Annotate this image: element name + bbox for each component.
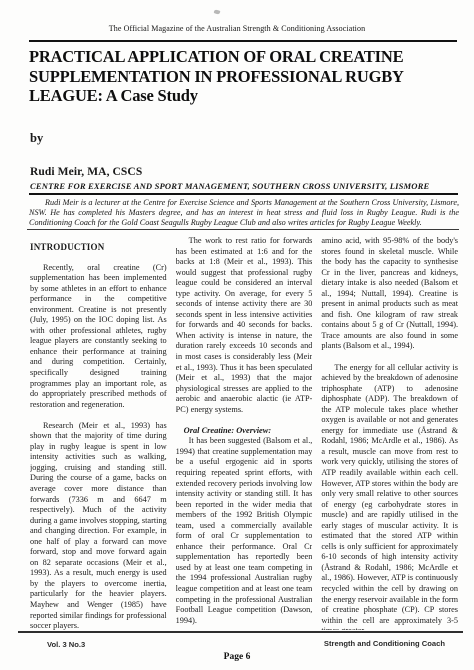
scan-artifact	[214, 9, 221, 15]
magazine-header-line: The Official Magazine of the Australian …	[0, 24, 474, 33]
introduction-heading: INTRODUCTION	[30, 242, 167, 253]
header-rule	[29, 40, 457, 42]
scanned-article-page: The Official Magazine of the Australian …	[0, 0, 474, 670]
col3-paragraph-2: The energy for all cellular activity is …	[321, 363, 458, 630]
body-top-rule	[27, 229, 459, 230]
footer-page-number: Page 6	[0, 652, 474, 662]
footer-volume: Vol. 3 No.3	[47, 640, 85, 649]
footer-rule	[18, 631, 463, 633]
author-affiliation: CENTRE FOR EXERCISE AND SPORT MANAGEMENT…	[30, 181, 458, 191]
article-body-columns: INTRODUCTION Recently, oral creatine (Cr…	[30, 236, 458, 630]
article-title-line3: LEAGUE: A Case Study	[29, 86, 439, 106]
article-title-line1: PRACTICAL APPLICATION OF ORAL CREATINE	[29, 47, 439, 67]
col3-paragraph-1: amino acid, with 95-98% of the body's st…	[321, 236, 458, 352]
column-2: The work to rest ratio for forwards has …	[176, 236, 313, 630]
by-label: by	[30, 131, 43, 146]
article-title-line2: SUPPLEMENTATION IN PROFESSIONAL RUGBY	[29, 67, 439, 87]
column-3: amino acid, with 95-98% of the body's st…	[321, 236, 458, 630]
col2-paragraph-2: It has been suggested (Balsom et al., 19…	[176, 436, 313, 626]
affiliation-rule	[29, 193, 458, 195]
col1-paragraph-2: Research (Meir et al., 1993) has shown t…	[30, 421, 167, 630]
col2-paragraph-1: The work to rest ratio for forwards has …	[176, 236, 313, 415]
col1-paragraph-1: Recently, oral creatine (Cr) supplementa…	[30, 263, 167, 411]
article-title: PRACTICAL APPLICATION OF ORAL CREATINE S…	[29, 47, 439, 106]
oral-creatine-overview-heading: Oral Creatine: Overview:	[176, 426, 313, 437]
author-name: Rudi Meir, MA, CSCS	[30, 166, 142, 178]
footer-journal-name: Strength and Conditioning Coach	[324, 639, 445, 648]
column-1: INTRODUCTION Recently, oral creatine (Cr…	[30, 236, 167, 630]
author-bio: Rudi Meir is a lecturer at the Centre fo…	[29, 198, 459, 227]
